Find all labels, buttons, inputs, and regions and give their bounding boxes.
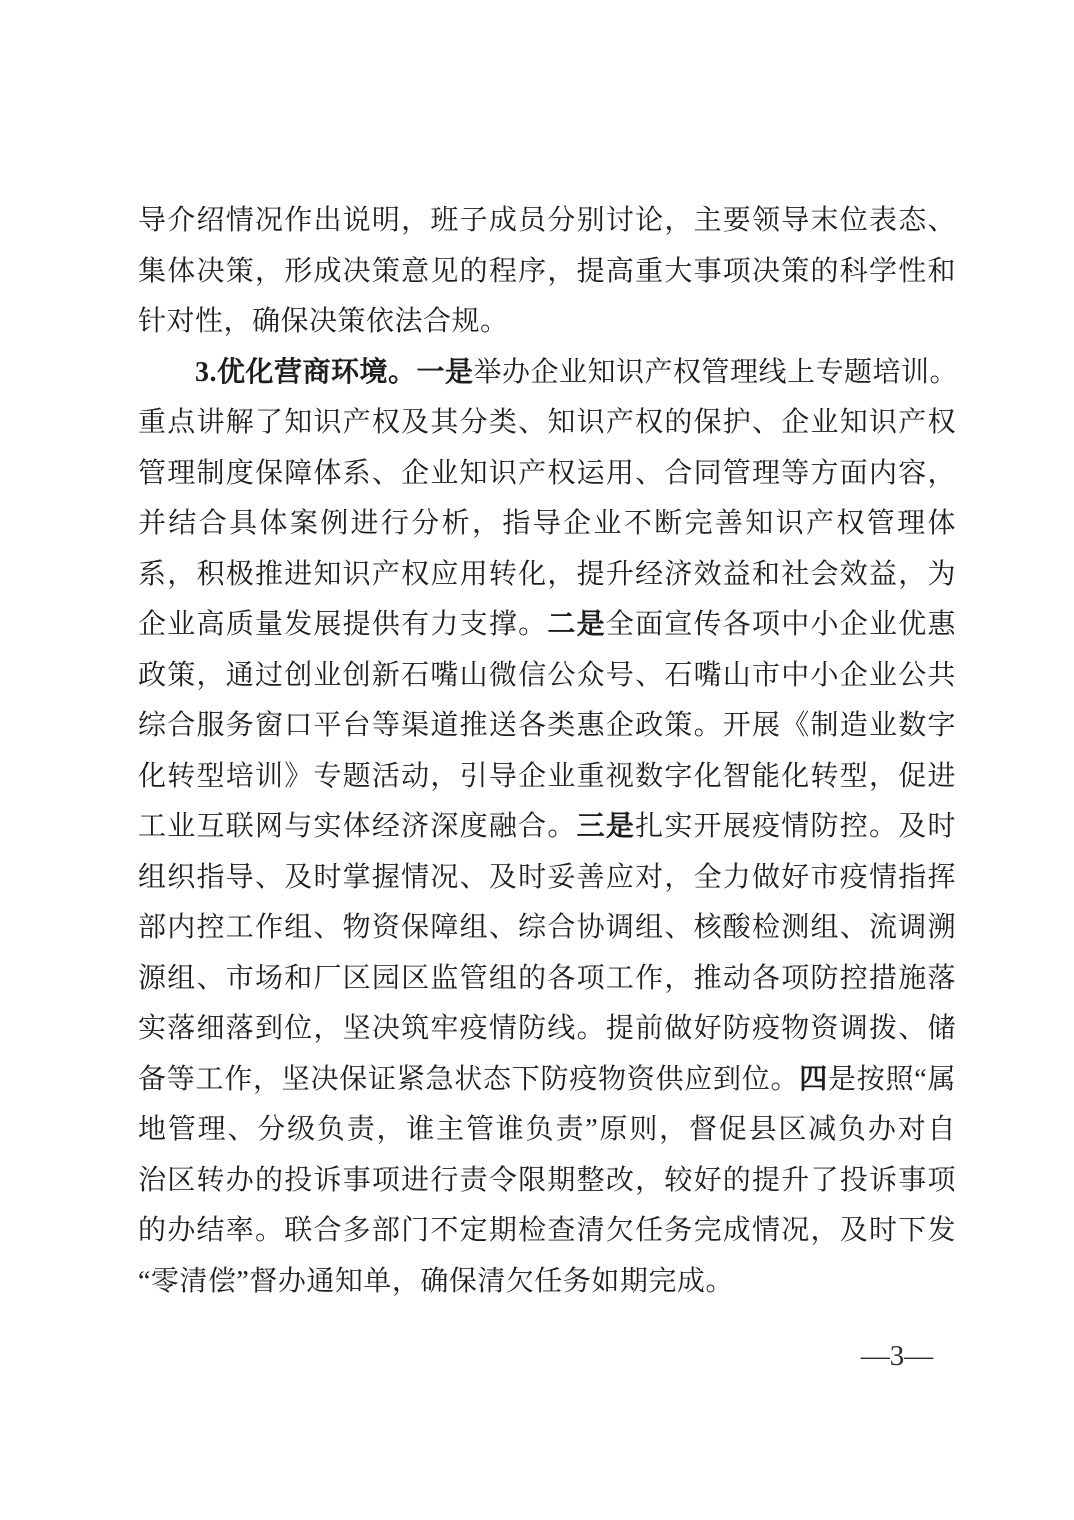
text-line: 管理制度保障体系、企业知识产权运用、合同管理等方面内容， xyxy=(138,449,956,500)
text-run: 管理制度保障体系、企业知识产权运用、合同管理等方面内容， xyxy=(138,458,956,489)
text-line: “零清偿”督办通知单，确保清欠任务如期完成。 xyxy=(138,1257,956,1308)
text-run: 系，积极推进知识产权应用转化，提升经济效益和社会效益，为 xyxy=(138,559,956,590)
text-line: 备等工作，坚决保证紧急状态下防疫物资供应到位。四是按照“属 xyxy=(138,1055,956,1106)
text-line: 的办结率。联合多部门不定期检查清欠任务完成情况，及时下发 xyxy=(138,1206,956,1257)
text-line: 源组、市场和厂区园区监管组的各项工作，推动各项防控措施落 xyxy=(138,954,956,1005)
text-line: 系，积极推进知识产权应用转化，提升经济效益和社会效益，为 xyxy=(138,550,956,601)
bold-run: 3.优化营商环境。一是 xyxy=(195,357,474,388)
text-line: 政策，通过创业创新石嘴山微信公众号、石嘴山市中小企业公共 xyxy=(138,651,956,702)
text-run: “零清偿”督办通知单，确保清欠任务如期完成。 xyxy=(138,1266,734,1297)
text-line: 地管理、分级负责，谁主管谁负责”原则，督促县区减负办对自 xyxy=(138,1105,956,1156)
text-run: 化转型培训》专题活动，引导企业重视数字化智能化转型，促进 xyxy=(138,761,956,792)
text-run: 扎实开展疫情防控。及时 xyxy=(635,811,956,842)
text-run: 实落细落到位，坚决筑牢疫情防线。提前做好防疫物资调拨、储 xyxy=(138,1013,956,1044)
text-run: 全面宣传各项中小企业优惠 xyxy=(606,609,956,640)
text-line: 工业互联网与实体经济深度融合。三是扎实开展疫情防控。及时 xyxy=(138,802,956,853)
page-number: —3— xyxy=(852,1340,942,1373)
bold-run: 二是 xyxy=(547,609,605,640)
text-run: 地管理、分级负责，谁主管谁负责”原则，督促县区减负办对自 xyxy=(138,1114,956,1145)
document-page: 导介绍情况作出说明，班子成员分别讨论，主要领导末位表态、 集体决策，形成决策意见… xyxy=(0,0,1074,1520)
text-run: 是按照“属 xyxy=(828,1064,956,1095)
document-body: 导介绍情况作出说明，班子成员分别讨论，主要领导末位表态、 集体决策，形成决策意见… xyxy=(138,196,956,1307)
text-line: 并结合具体案例进行分析，指导企业不断完善知识产权管理体 xyxy=(138,499,956,550)
text-line: 重点讲解了知识产权及其分类、知识产权的保护、企业知识产权 xyxy=(138,398,956,449)
text-run: 举办企业知识产权管理线上专题培训。 xyxy=(474,357,956,388)
text-run: 综合服务窗口平台等渠道推送各类惠企政策。开展《制造业数字 xyxy=(138,710,956,741)
text-line: 企业高质量发展提供有力支撑。二是全面宣传各项中小企业优惠 xyxy=(138,600,956,651)
text-line: 导介绍情况作出说明，班子成员分别讨论，主要领导末位表态、 xyxy=(138,196,956,247)
text-run: 针对性，确保决策依法合规。 xyxy=(138,306,509,337)
bold-run: 三是 xyxy=(577,811,635,842)
text-run: 治区转办的投诉事项进行责令限期整改，较好的提升了投诉事项 xyxy=(138,1165,956,1196)
text-run: 部内控工作组、物资保障组、综合协调组、核酸检测组、流调溯 xyxy=(138,912,956,943)
text-run: 工业互联网与实体经济深度融合。 xyxy=(138,811,577,842)
text-run: 重点讲解了知识产权及其分类、知识产权的保护、企业知识产权 xyxy=(138,407,956,438)
text-line: 治区转办的投诉事项进行责令限期整改，较好的提升了投诉事项 xyxy=(138,1156,956,1207)
text-run: 备等工作，坚决保证紧急状态下防疫物资供应到位。 xyxy=(138,1064,799,1095)
text-line: 实落细落到位，坚决筑牢疫情防线。提前做好防疫物资调拨、储 xyxy=(138,1004,956,1055)
text-run: 组织指导、及时掌握情况、及时妥善应对，全力做好市疫情指挥 xyxy=(138,862,956,893)
bold-run: 四 xyxy=(799,1064,828,1095)
text-line: 综合服务窗口平台等渠道推送各类惠企政策。开展《制造业数字 xyxy=(138,701,956,752)
text-line: 针对性，确保决策依法合规。 xyxy=(138,297,956,348)
text-line: 组织指导、及时掌握情况、及时妥善应对，全力做好市疫情指挥 xyxy=(138,853,956,904)
text-line: 3.优化营商环境。一是举办企业知识产权管理线上专题培训。 xyxy=(138,348,956,399)
text-run: 源组、市场和厂区园区监管组的各项工作，推动各项防控措施落 xyxy=(138,963,956,994)
text-run: 并结合具体案例进行分析，指导企业不断完善知识产权管理体 xyxy=(138,508,956,539)
text-run: 的办结率。联合多部门不定期检查清欠任务完成情况，及时下发 xyxy=(138,1215,956,1246)
text-run: 企业高质量发展提供有力支撑。 xyxy=(138,609,547,640)
text-line: 化转型培训》专题活动，引导企业重视数字化智能化转型，促进 xyxy=(138,752,956,803)
text-run: 导介绍情况作出说明，班子成员分别讨论，主要领导末位表态、 xyxy=(138,205,956,236)
text-line: 集体决策，形成决策意见的程序，提高重大事项决策的科学性和 xyxy=(138,247,956,298)
text-run: 政策，通过创业创新石嘴山微信公众号、石嘴山市中小企业公共 xyxy=(138,660,956,691)
text-line: 部内控工作组、物资保障组、综合协调组、核酸检测组、流调溯 xyxy=(138,903,956,954)
text-run: 集体决策，形成决策意见的程序，提高重大事项决策的科学性和 xyxy=(138,256,956,287)
